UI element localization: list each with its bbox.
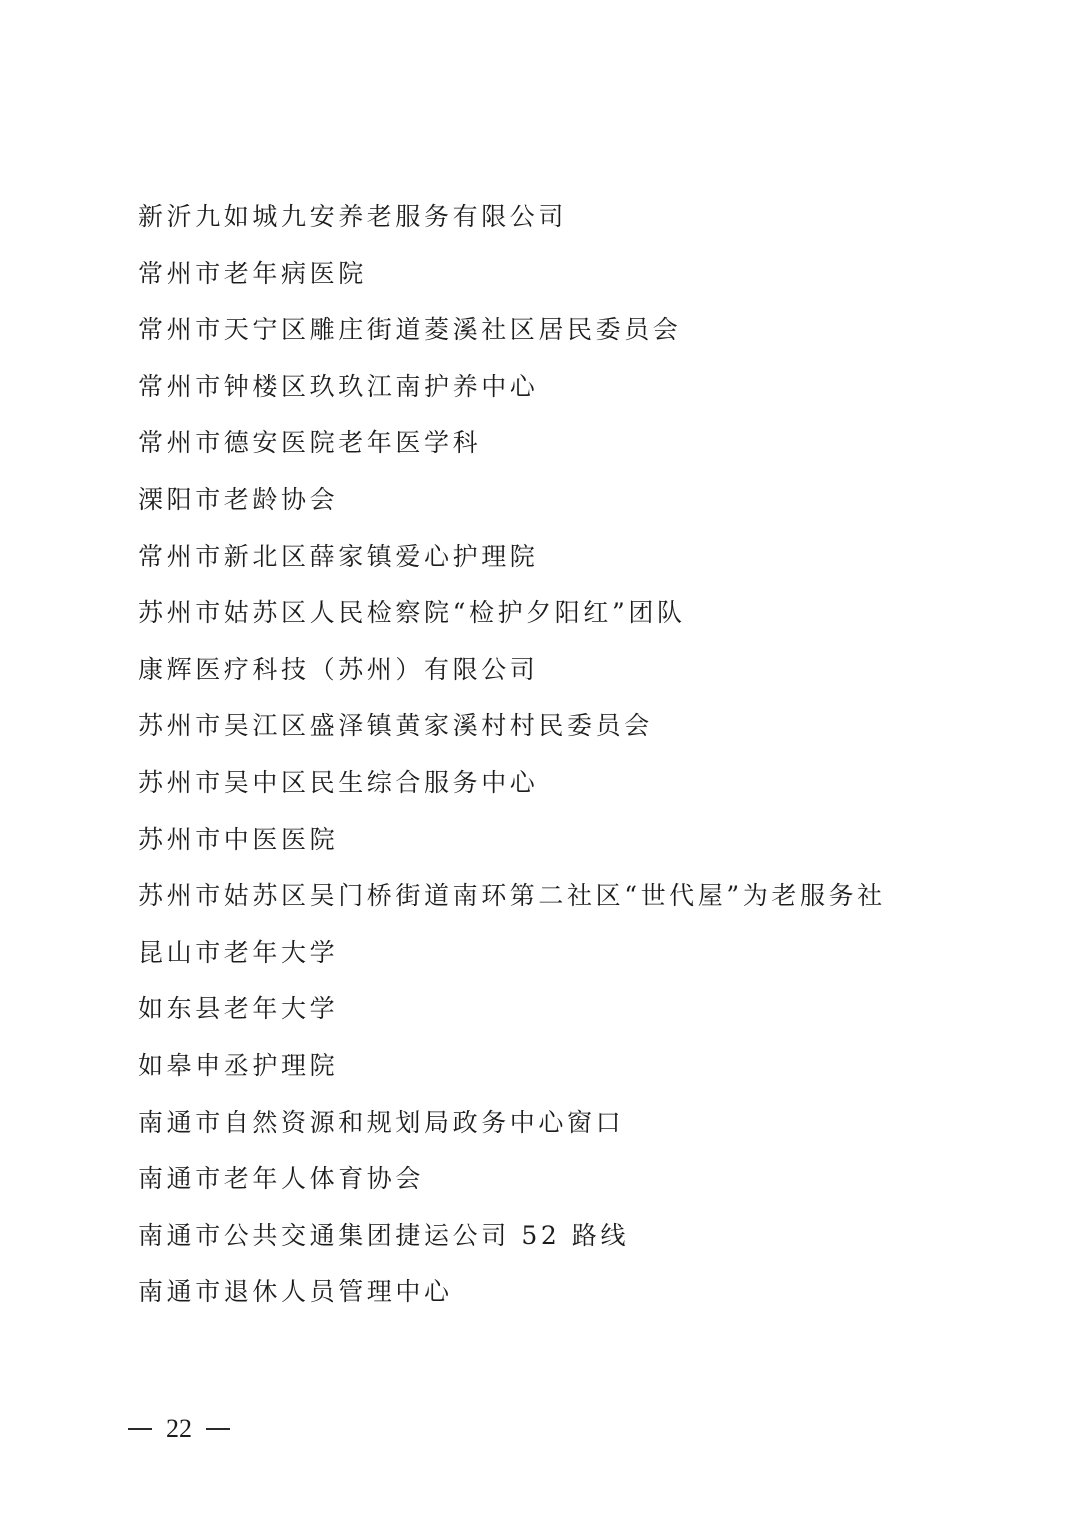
organization-item: 新沂九如城九安养老服务有限公司: [138, 197, 886, 254]
organization-item: 昆山市老年大学: [138, 933, 886, 990]
organization-item: 南通市公共交通集团捷运公司 52 路线: [138, 1216, 886, 1273]
organization-item: 苏州市吴中区民生综合服务中心: [138, 763, 886, 820]
organization-item: 常州市老年病医院: [138, 254, 886, 311]
organization-item: 溧阳市老龄协会: [138, 480, 886, 537]
document-page: 新沂九如城九安养老服务有限公司 常州市老年病医院 常州市天宁区雕庄街道菱溪社区居…: [0, 0, 1080, 1527]
page-number-value: 22: [166, 1414, 192, 1444]
organization-item: 康辉医疗科技（苏州）有限公司: [138, 650, 886, 707]
dash-right-decoration: [206, 1428, 230, 1430]
organization-item: 常州市钟楼区玖玖江南护养中心: [138, 367, 886, 424]
organization-item: 南通市退休人员管理中心: [138, 1272, 886, 1329]
organization-item: 常州市新北区薛家镇爱心护理院: [138, 537, 886, 594]
organization-item: 常州市德安医院老年医学科: [138, 423, 886, 480]
page-number: 22: [128, 1414, 230, 1444]
organization-item: 如皋申丞护理院: [138, 1046, 886, 1103]
organization-item: 苏州市姑苏区吴门桥街道南环第二社区“世代屋”为老服务社: [138, 876, 886, 933]
organization-item: 南通市老年人体育协会: [138, 1159, 886, 1216]
organization-item: 如东县老年大学: [138, 989, 886, 1046]
organization-item: 南通市自然资源和规划局政务中心窗口: [138, 1103, 886, 1160]
organization-item: 常州市天宁区雕庄街道菱溪社区居民委员会: [138, 310, 886, 367]
organization-item: 苏州市中医医院: [138, 820, 886, 877]
organization-list: 新沂九如城九安养老服务有限公司 常州市老年病医院 常州市天宁区雕庄街道菱溪社区居…: [138, 197, 886, 1329]
dash-left-decoration: [128, 1428, 152, 1430]
organization-item: 苏州市姑苏区人民检察院“检护夕阳红”团队: [138, 593, 886, 650]
organization-item: 苏州市吴江区盛泽镇黄家溪村村民委员会: [138, 706, 886, 763]
